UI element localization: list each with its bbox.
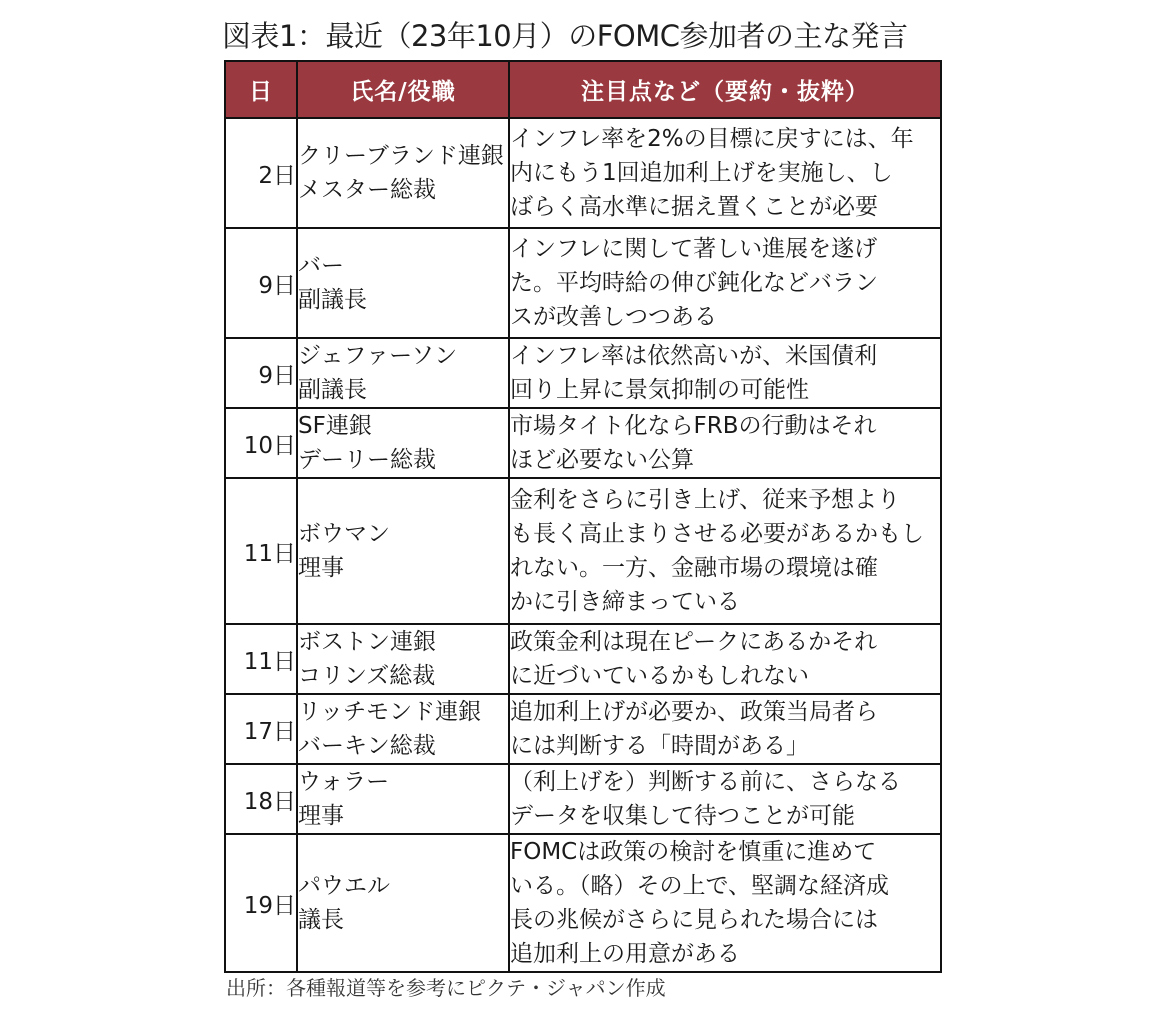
name-line: ボストン連銀: [298, 625, 508, 659]
table-row: 9日ジェファーソン副議長インフレ率は依然高いが、米国債利回り上昇に景気抑制の可能…: [225, 338, 941, 408]
remark-line: インフレ率を2%の目標に戻すには、年: [510, 122, 940, 156]
cell-remarks: 政策金利は現在ピークにあるかそれに近づいているかもしれない: [509, 624, 941, 694]
remark-line: た。平均時給の伸び鈍化などバラン: [510, 266, 940, 300]
cell-day: 9日: [225, 338, 297, 408]
source-note: 出所：各種報道等を参考にピクテ・ジャパン作成: [226, 972, 666, 1001]
remark-line: FOMCは政策の検討を慎重に進めて: [510, 835, 940, 869]
cell-day: 18日: [225, 764, 297, 834]
name-line: 理事: [298, 551, 508, 585]
cell-remarks: 追加利上げが必要か、政策当局者らには判断する「時間がある」: [509, 694, 941, 764]
cell-name-title: ボウマン理事: [297, 478, 509, 624]
remark-line: れない。一方、金融市場の環境は確: [510, 551, 940, 585]
cell-name-title: リッチモンド連銀バーキン総裁: [297, 694, 509, 764]
name-line: 副議長: [298, 283, 508, 317]
name-line: ジェファーソン: [298, 339, 508, 373]
name-line: リッチモンド連銀: [298, 695, 508, 729]
name-line: パウエル: [298, 869, 508, 903]
cell-remarks: インフレ率は依然高いが、米国債利回り上昇に景気抑制の可能性: [509, 338, 941, 408]
name-line: バー: [298, 249, 508, 283]
remark-line: も長く高止まりさせる必要があるかもし: [510, 517, 940, 551]
name-line: メスター総裁: [298, 173, 508, 207]
cell-name-title: バー副議長: [297, 228, 509, 338]
cell-name-title: パウエル議長: [297, 834, 509, 972]
cell-name-title: ボストン連銀コリンズ総裁: [297, 624, 509, 694]
name-line: 副議長: [298, 373, 508, 407]
cell-remarks: 金利をさらに引き上げ、従来予想よりも長く高止まりさせる必要があるかもしれない。一…: [509, 478, 941, 624]
cell-day: 11日: [225, 478, 297, 624]
column-header-name: 氏名/役職: [297, 61, 509, 118]
remark-line: かに引き締まっている: [510, 585, 940, 619]
cell-remarks: （利上げを）判断する前に、さらなるデータを収集して待つことが可能: [509, 764, 941, 834]
name-line: 理事: [298, 799, 508, 833]
remark-line: 回り上昇に景気抑制の可能性: [510, 373, 940, 407]
name-line: バーキン総裁: [298, 729, 508, 763]
table-row: 11日ボウマン理事金利をさらに引き上げ、従来予想よりも長く高止まりさせる必要があ…: [225, 478, 941, 624]
remark-line: インフレに関して著しい進展を遂げ: [510, 232, 940, 266]
name-line: デーリー総裁: [298, 443, 508, 477]
remark-line: には判断する「時間がある」: [510, 729, 940, 763]
remark-line: 追加利上の用意がある: [510, 937, 940, 971]
table-row: 19日パウエル議長FOMCは政策の検討を慎重に進めている。（略）その上で、堅調な…: [225, 834, 941, 972]
column-header-note: 注目点など（要約・抜粋）: [509, 61, 941, 118]
remark-line: 金利をさらに引き上げ、従来予想より: [510, 483, 940, 517]
remark-line: 追加利上げが必要か、政策当局者ら: [510, 695, 940, 729]
cell-remarks: 市場タイト化ならFRBの行動はそれほど必要ない公算: [509, 408, 941, 478]
remark-line: インフレ率は依然高いが、米国債利: [510, 339, 940, 373]
cell-name-title: クリーブランド連銀メスター総裁: [297, 118, 509, 228]
cell-name-title: ウォラー理事: [297, 764, 509, 834]
cell-remarks: インフレ率を2%の目標に戻すには、年内にもう1回追加利上げを実施し、しばらく高水…: [509, 118, 941, 228]
name-line: ウォラー: [298, 765, 508, 799]
remark-line: 長の兆候がさらに見られた場合には: [510, 903, 940, 937]
remark-line: データを収集して待つことが可能: [510, 799, 940, 833]
cell-day: 9日: [225, 228, 297, 338]
cell-name-title: ジェファーソン副議長: [297, 338, 509, 408]
name-line: 議長: [298, 903, 508, 937]
cell-day: 2日: [225, 118, 297, 228]
cell-day: 19日: [225, 834, 297, 972]
name-line: ボウマン: [298, 517, 508, 551]
cell-day: 11日: [225, 624, 297, 694]
remark-line: ほど必要ない公算: [510, 443, 940, 477]
table-row: 17日リッチモンド連銀バーキン総裁追加利上げが必要か、政策当局者らには判断する「…: [225, 694, 941, 764]
remark-line: 政策金利は現在ピークにあるかそれ: [510, 625, 940, 659]
name-line: クリーブランド連銀: [298, 139, 508, 173]
figure-title: 図表1：最近（23年10月）のFOMC参加者の主な発言: [222, 14, 908, 55]
cell-remarks: インフレに関して著しい進展を遂げた。平均時給の伸び鈍化などバランスが改善しつつあ…: [509, 228, 941, 338]
table-row: 2日クリーブランド連銀メスター総裁インフレ率を2%の目標に戻すには、年内にもう1…: [225, 118, 941, 228]
remark-line: （利上げを）判断する前に、さらなる: [510, 765, 940, 799]
remark-line: いる。（略）その上で、堅調な経済成: [510, 869, 940, 903]
remark-line: スが改善しつつある: [510, 300, 940, 334]
remark-line: 市場タイト化ならFRBの行動はそれ: [510, 409, 940, 443]
table-row: 10日SF連銀デーリー総裁市場タイト化ならFRBの行動はそれほど必要ない公算: [225, 408, 941, 478]
name-line: コリンズ総裁: [298, 659, 508, 693]
table-row: 9日バー副議長インフレに関して著しい進展を遂げた。平均時給の伸び鈍化などバランス…: [225, 228, 941, 338]
remark-line: ばらく高水準に据え置くことが必要: [510, 190, 940, 224]
remark-line: 内にもう1回追加利上げを実施し、し: [510, 156, 940, 190]
table-header-row: 日 氏名/役職 注目点など（要約・抜粋）: [225, 61, 941, 118]
table-row: 11日ボストン連銀コリンズ総裁政策金利は現在ピークにあるかそれに近づいているかも…: [225, 624, 941, 694]
cell-name-title: SF連銀デーリー総裁: [297, 408, 509, 478]
fomc-remarks-table: 日 氏名/役職 注目点など（要約・抜粋） 2日クリーブランド連銀メスター総裁イン…: [224, 60, 942, 973]
name-line: SF連銀: [298, 409, 508, 443]
column-header-day: 日: [225, 61, 297, 118]
cell-day: 17日: [225, 694, 297, 764]
table-body: 2日クリーブランド連銀メスター総裁インフレ率を2%の目標に戻すには、年内にもう1…: [225, 118, 941, 972]
cell-day: 10日: [225, 408, 297, 478]
table-row: 18日ウォラー理事（利上げを）判断する前に、さらなるデータを収集して待つことが可…: [225, 764, 941, 834]
remark-line: に近づいているかもしれない: [510, 659, 940, 693]
cell-remarks: FOMCは政策の検討を慎重に進めている。（略）その上で、堅調な経済成長の兆候がさ…: [509, 834, 941, 972]
